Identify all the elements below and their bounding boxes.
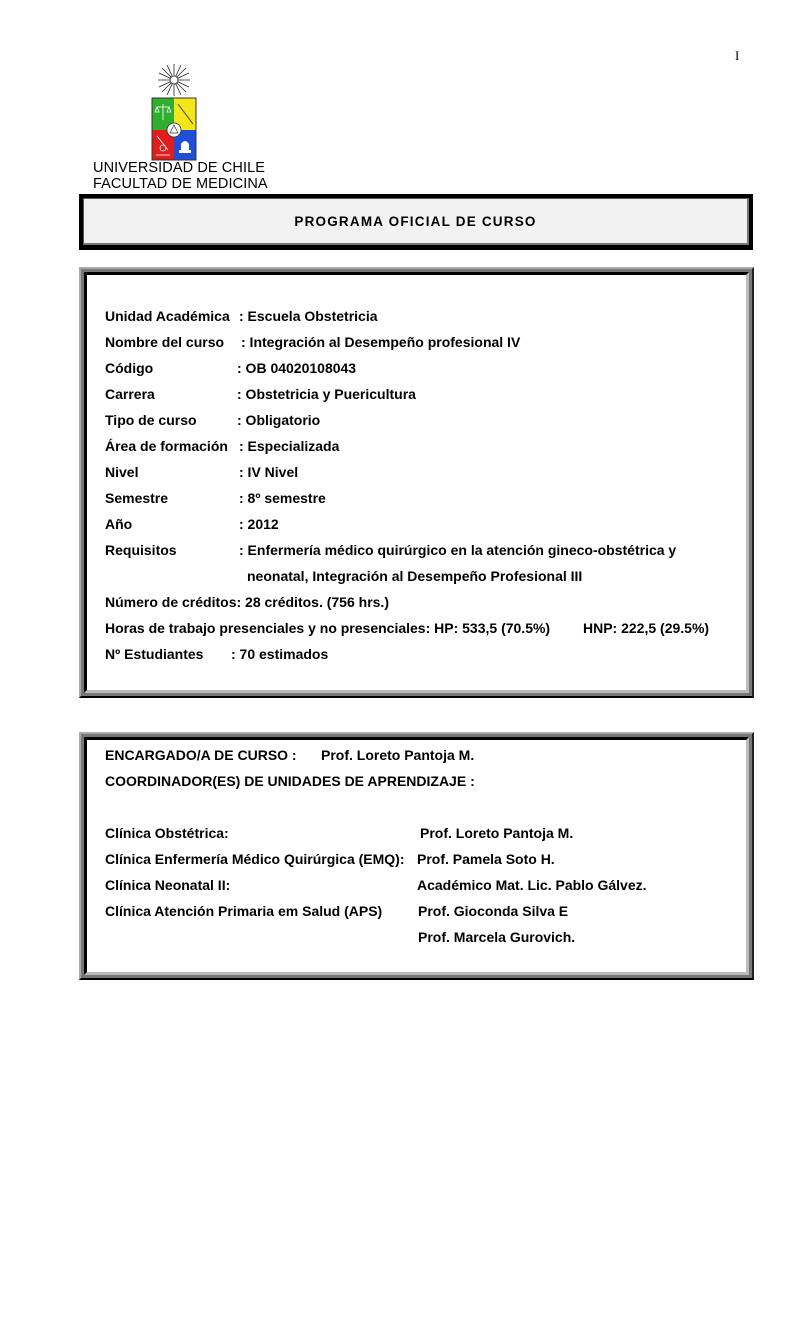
university-name: UNIVERSIDAD DE CHILE [93,160,268,176]
encargado-label: ENCARGADO/A DE CURSO : [105,747,297,763]
title-box: PROGRAMA OFICIAL DE CURSO [83,198,749,245]
unit-coordinator: Prof. Loreto Pantoja M. [420,825,573,841]
info-value: : IV Nivel [239,464,298,480]
info-value: : OB 04020108043 [237,360,356,376]
university-crest-icon [148,62,200,162]
info-value: : 2012 [239,516,279,532]
info-label: Tipo de curso [105,412,197,428]
info-value: : Integración al Desempeño profesional I… [241,334,520,350]
info-label: Unidad Académica [105,308,230,324]
info-value-continuation: neonatal, Integración al Desempeño Profe… [247,568,582,584]
faculty-name: FACULTAD DE MEDICINA [93,176,268,192]
unit-name: Clínica Obstétrica: [105,825,229,841]
page-number: I [735,48,739,64]
info-value: : Enfermería médico quirúrgico en la ate… [239,542,676,558]
unit-coordinator: Prof. Marcela Gurovich. [418,929,575,945]
unit-coordinator: Prof. Pamela Soto H. [417,851,555,867]
info-value: : 70 estimados [231,646,328,662]
info-label: Nº Estudiantes [105,646,203,662]
info-label: Carrera [105,386,155,402]
credits-text: Número de créditos: 28 créditos. (756 hr… [105,594,389,610]
info-label: Semestre [105,490,168,506]
info-label: Código [105,360,153,376]
unit-coordinator: Académico Mat. Lic. Pablo Gálvez. [417,877,647,893]
info-value: : Obstetricia y Puericultura [237,386,416,402]
hnp-text: HNP: 222,5 (29.5%) [583,620,709,636]
info-value: : Obligatorio [237,412,320,428]
info-value: : Escuela Obstetricia [239,308,378,324]
staff-frame: ENCARGADO/A DE CURSO : Prof. Loreto Pant… [79,732,754,980]
institution-header: UNIVERSIDAD DE CHILE FACULTAD DE MEDICIN… [93,160,268,192]
unit-name: Clínica Neonatal II: [105,877,230,893]
info-label: Requisitos [105,542,177,558]
info-label: Año [105,516,132,532]
course-info-box: Unidad Académica : Escuela Obstetricia N… [84,272,749,693]
unit-name: Clínica Atención Primaria em Salud (APS) [105,903,382,919]
course-info-frame: Unidad Académica : Escuela Obstetricia N… [79,267,754,698]
staff-box: ENCARGADO/A DE CURSO : Prof. Loreto Pant… [84,737,749,975]
unit-coordinator: Prof. Gioconda Silva E [418,903,568,919]
info-value: : 8º semestre [239,490,326,506]
info-value: : Especializada [239,438,339,454]
unit-name: Clínica Enfermería Médico Quirúrgica (EM… [105,851,405,867]
info-label: Nivel [105,464,138,480]
info-label: Área de formación [105,438,228,454]
document-title: PROGRAMA OFICIAL DE CURSO [294,214,536,229]
info-label: Nombre del curso [105,334,224,350]
hours-text: Horas de trabajo presenciales y no prese… [105,620,550,636]
title-frame: PROGRAMA OFICIAL DE CURSO [79,194,753,250]
coordinators-heading: COORDINADOR(ES) DE UNIDADES DE APRENDIZA… [105,773,475,789]
university-logo [148,62,200,162]
encargado-name: Prof. Loreto Pantoja M. [321,747,474,763]
